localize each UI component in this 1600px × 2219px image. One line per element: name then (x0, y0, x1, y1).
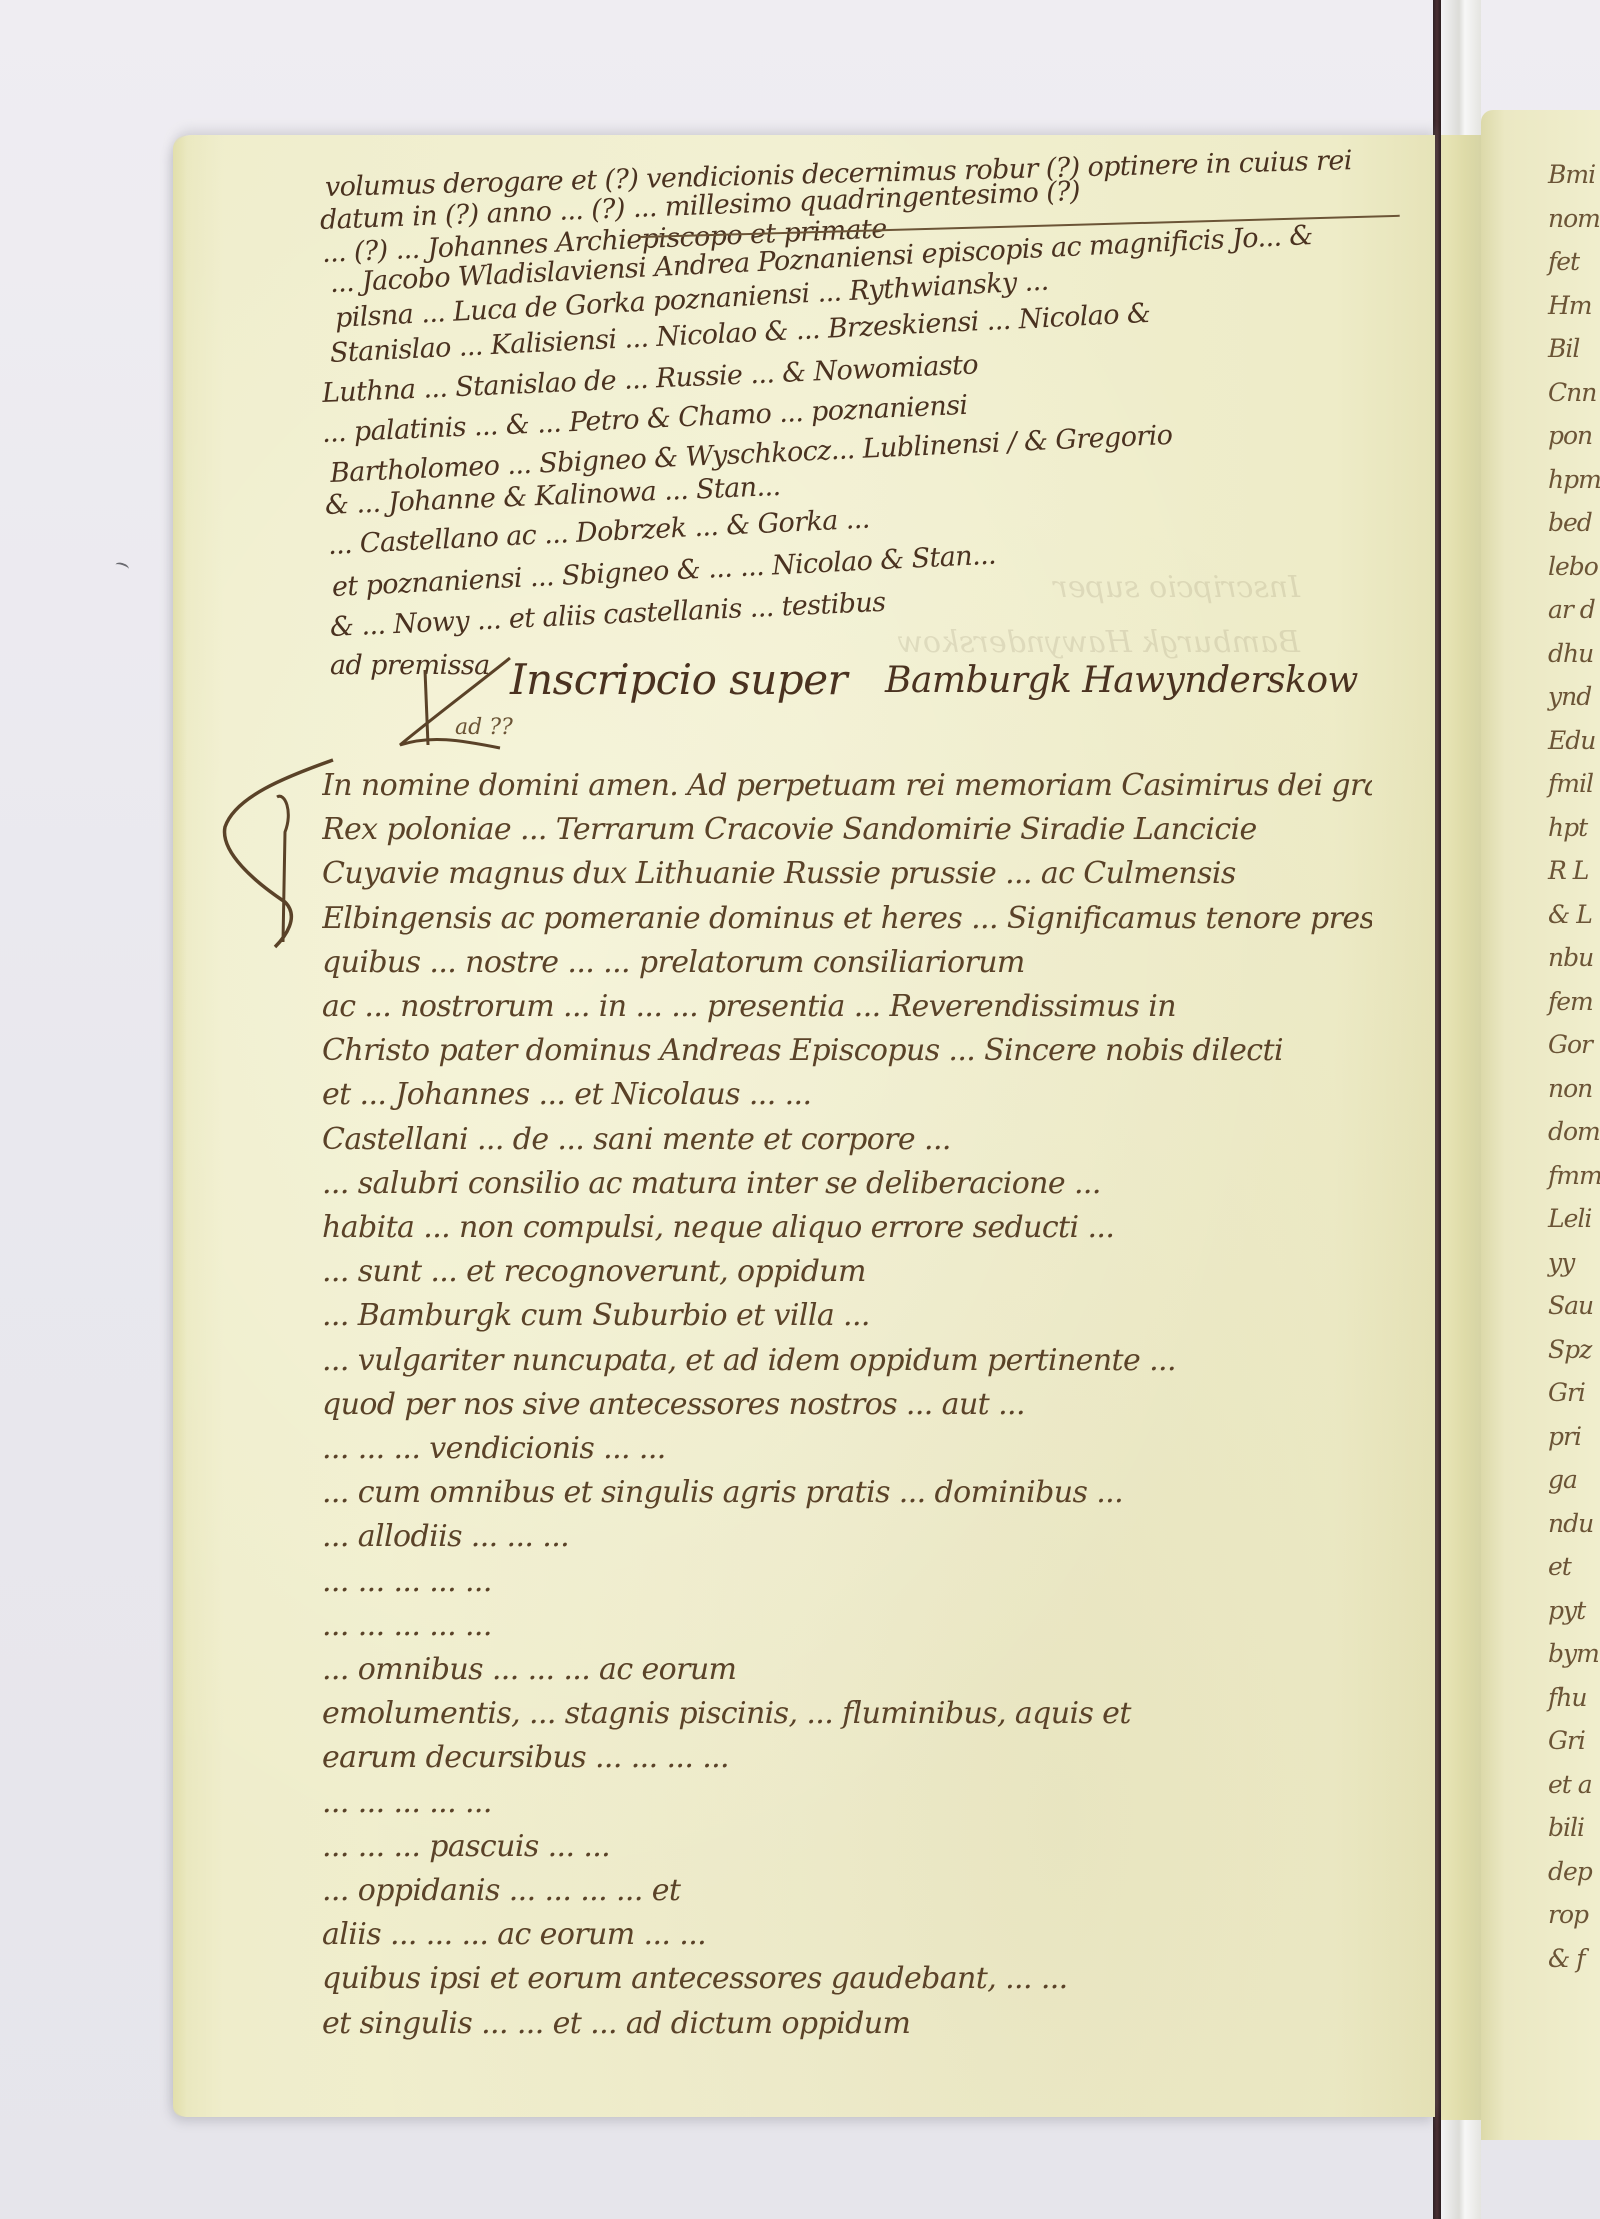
body-text-line: ... ... ... ... ... (322, 1608, 1372, 1643)
body-text-line: Christo pater dominus Andreas Episcopus … (322, 1033, 1372, 1068)
facing-text-fragment: pon (1548, 421, 1592, 450)
facing-text-fragment: ynd (1548, 682, 1591, 711)
facing-text-fragment: dhu (1548, 639, 1593, 668)
facing-text-fragment: nomi (1548, 204, 1600, 233)
body-text-line: Cuyavie magnus dux Lithuanie Russie prus… (322, 856, 1372, 891)
facing-text-fragment: pyt (1548, 1596, 1585, 1625)
body-text-line: ... oppidanis ... ... ... ... et (322, 1873, 1372, 1908)
body-text-line: Elbingensis ac pomeranie dominus et here… (322, 901, 1372, 936)
facing-text-fragment: et a (1548, 1770, 1592, 1799)
facing-text-fragment: Cnn (1548, 378, 1596, 407)
facing-text-fragment: bym (1548, 1639, 1599, 1668)
facing-text-fragment: lebo (1548, 552, 1598, 581)
body-text-line: emolumentis, ... stagnis piscinis, ... f… (322, 1696, 1372, 1731)
body-text-line: ... ... ... pascuis ... ... (322, 1829, 1372, 1864)
facing-text-fragment: Sau (1548, 1291, 1593, 1320)
body-text-line: ... salubri consilio ac matura inter se … (322, 1166, 1372, 1201)
facing-text-fragment: Bmi (1548, 160, 1595, 189)
facing-text-fragment: fem (1548, 987, 1593, 1016)
facing-text-fragment: Gor (1548, 1030, 1592, 1059)
body-text-line: ... ... ... vendicionis ... ... (322, 1431, 1372, 1466)
body-text-line: ... ... ... ... ... (322, 1785, 1372, 1820)
facing-text-fragment: hpm (1548, 465, 1600, 494)
body-text-line: quibus ipsi et eorum antecessores gaudeb… (322, 1961, 1372, 1996)
body-text-line: Castellani ... de ... sani mente et corp… (322, 1122, 1372, 1157)
body-text-line: et ... Johannes ... et Nicolaus ... ... (322, 1077, 1372, 1112)
facing-text-fragment: pri (1548, 1422, 1581, 1451)
facing-text-fragment: ndu (1548, 1509, 1593, 1538)
facing-text-fragment: ga (1548, 1465, 1577, 1494)
facing-text-fragment: Edu (1548, 726, 1595, 755)
facing-text-fragment: fet (1548, 247, 1579, 276)
body-text-line: ... ... ... ... ... (322, 1564, 1372, 1599)
facing-text-fragment: hpt (1548, 813, 1587, 842)
body-text-line: et singulis ... ... et ... ad dictum opp… (322, 2006, 1372, 2041)
body-text-line: habita ... non compulsi, neque aliquo er… (322, 1210, 1372, 1245)
heading-flourish (370, 650, 520, 760)
facing-text-fragment: et (1548, 1552, 1571, 1581)
section-heading-title: Inscripcio super (510, 655, 847, 704)
facing-text-fragment: Gri (1548, 1726, 1585, 1755)
body-text-line: quod per nos sive antecessores nostros .… (322, 1387, 1372, 1422)
body-text-line: ... vulgariter nuncupata, et ad idem opp… (322, 1343, 1372, 1378)
facing-text-fragment: dep (1548, 1857, 1592, 1886)
facing-text-fragment: Bil (1548, 334, 1579, 363)
facing-text-fragment: Hm (1548, 291, 1592, 320)
facing-text-fragment: fhu (1548, 1683, 1586, 1712)
facing-text-fragment: Spz (1548, 1335, 1591, 1364)
facing-text-fragment: Gri (1548, 1378, 1585, 1407)
body-text-line: aliis ... ... ... ac eorum ... ... (322, 1917, 1372, 1952)
body-text-line: quibus ... nostre ... ... prelatorum con… (322, 945, 1372, 980)
decorated-initial (215, 752, 335, 952)
facing-text-fragment: dom (1548, 1117, 1600, 1146)
facing-text-fragment: & L (1548, 900, 1592, 929)
heading-margin-note: ad ?? (455, 715, 513, 740)
body-text-line: In nomine domini amen. Ad perpetuam rei … (322, 768, 1372, 803)
body-text-line: Rex poloniae ... Terrarum Cracovie Sando… (322, 812, 1372, 847)
facing-text-fragment: bili (1548, 1813, 1584, 1842)
facing-text-fragment: non (1548, 1074, 1592, 1103)
facing-text-fragment: rop (1548, 1900, 1588, 1929)
facing-text-fragment: fmm (1548, 1161, 1600, 1190)
body-text-line: ... sunt ... et recognoverunt, oppidum (322, 1254, 1372, 1289)
facing-text-fragment: ar d (1548, 595, 1595, 624)
facing-text-fragment: bed (1548, 508, 1592, 537)
section-heading-place: Bamburgk Hawynderskow (885, 660, 1358, 701)
facing-text-fragment: Leli (1548, 1204, 1591, 1233)
body-text-line: earum decursibus ... ... ... ... (322, 1740, 1372, 1775)
body-text-line: ... Bamburgk cum Suburbio et villa ... (322, 1298, 1372, 1333)
gutter-fold (1441, 135, 1481, 2120)
facing-text-fragment: R L (1548, 856, 1588, 885)
body-text-line: ... allodiis ... ... ... (322, 1519, 1372, 1554)
facing-text-fragment: yy (1548, 1248, 1574, 1277)
facing-text-fragment: nbu (1548, 943, 1593, 972)
body-text-line: ac ... nostrorum ... in ... ... presenti… (322, 989, 1372, 1024)
body-text-line: ... cum omnibus et singulis agris pratis… (322, 1475, 1372, 1510)
facing-text-fragment: & f (1548, 1944, 1584, 1973)
facing-text-fragment: fmil (1548, 769, 1593, 798)
body-text-line: ... omnibus ... ... ... ac eorum (322, 1652, 1372, 1687)
